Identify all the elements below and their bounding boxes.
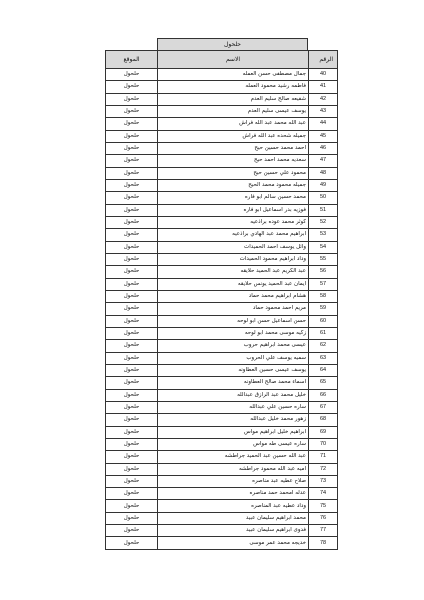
table-row: 41فاطمه رشيد محمود العملهحلحول: [106, 81, 338, 93]
row-number: 67: [309, 401, 338, 413]
row-number: 51: [309, 204, 338, 216]
row-number: 76: [309, 512, 338, 524]
row-location: حلحول: [106, 81, 158, 93]
column-header-number: الرقم: [309, 51, 338, 69]
row-number: 46: [309, 142, 338, 154]
row-number: 42: [309, 93, 338, 105]
table-row: 47سعديه محمد احمد حيححلحول: [106, 155, 338, 167]
row-number: 61: [309, 327, 338, 339]
row-location: حلحول: [106, 241, 158, 253]
row-number: 41: [309, 81, 338, 93]
row-location: حلحول: [106, 463, 158, 475]
row-location: حلحول: [106, 204, 158, 216]
row-name: ساره حسين علي عبدالله: [158, 401, 309, 413]
row-location: حلحول: [106, 389, 158, 401]
row-name: ابراهيم خليل ابراهيم مواس: [158, 426, 309, 438]
row-number: 40: [309, 69, 338, 81]
table-row: 55وداد ابراهيم محمود الحميداتحلحول: [106, 253, 338, 265]
row-name: فدوى ابراهيم سليمان عبيد: [158, 525, 309, 537]
row-location: حلحول: [106, 352, 158, 364]
table-row: 52كوثر محمد عوده براذعيهحلحول: [106, 216, 338, 228]
table-row: 48محمود علي حسين حيححلحول: [106, 167, 338, 179]
row-location: حلحول: [106, 290, 158, 302]
row-name: حسن اسماعيل حسن ابو لوحه: [158, 315, 309, 327]
row-location: حلحول: [106, 537, 158, 549]
row-location: حلحول: [106, 278, 158, 290]
row-name: ساره عيسى طه مواس: [158, 438, 309, 450]
table-row: 70ساره عيسى طه مواسحلحول: [106, 438, 338, 450]
table-row: 57ايمان عبد الحميد يونس حلايقهحلحول: [106, 278, 338, 290]
row-name: عبد الكريم عبد الحميد حلايقه: [158, 266, 309, 278]
row-name: عيسى محمد ابراهيم حروب: [158, 340, 309, 352]
row-location: حلحول: [106, 253, 158, 265]
row-name: شفيعه صالح سليم العدم: [158, 93, 309, 105]
row-location: حلحول: [106, 105, 158, 117]
row-location: حلحول: [106, 340, 158, 352]
row-name: جميله شحده عبد الله فراش: [158, 130, 309, 142]
row-number: 54: [309, 241, 338, 253]
row-number: 69: [309, 426, 338, 438]
row-location: حلحول: [106, 155, 158, 167]
row-number: 50: [309, 192, 338, 204]
row-number: 75: [309, 500, 338, 512]
row-location: حلحول: [106, 179, 158, 191]
table-row: 67ساره حسين علي عبداللهحلحول: [106, 401, 338, 413]
row-name: وداد ابراهيم محمود الحميدات: [158, 253, 309, 265]
row-location: حلحول: [106, 69, 158, 81]
row-location: حلحول: [106, 438, 158, 450]
table-row: 64يوسف عيسى حسين العطاونهحلحول: [106, 364, 338, 376]
row-location: حلحول: [106, 266, 158, 278]
row-location: حلحول: [106, 512, 158, 524]
row-name: جمال مصطفى حسن العمله: [158, 69, 309, 81]
row-number: 64: [309, 364, 338, 376]
row-location: حلحول: [106, 216, 158, 228]
table-row: 51فوزيه بدر اسماعيل ابو فارهحلحول: [106, 204, 338, 216]
table-row: 50محمد حسين سالم ابو فارهحلحول: [106, 192, 338, 204]
row-location: حلحول: [106, 93, 158, 105]
row-location: حلحول: [106, 142, 158, 154]
row-number: 68: [309, 414, 338, 426]
row-name: اميه عبد الله محمود جراطشه: [158, 463, 309, 475]
table-row: 74عدله امحمد حمد مناصرهحلحول: [106, 488, 338, 500]
group-header: حلحول: [157, 38, 308, 50]
row-name: صلاح عطيه عبد مناصره: [158, 475, 309, 487]
table-row: 66خليل محمد عبد الرازق عبداللهحلحول: [106, 389, 338, 401]
row-location: حلحول: [106, 451, 158, 463]
table-row: 43يوسف عيسى سليم العدمحلحول: [106, 105, 338, 117]
document-page: حلحول الرقم الاسم الموقع 40جمال مصطفى حس…: [0, 0, 424, 600]
row-name: جميله محمود محمد الحيح: [158, 179, 309, 191]
row-name: يوسف عيسى حسين العطاونه: [158, 364, 309, 376]
table-row: 54وائل يوسف احمد الحميداتحلحول: [106, 241, 338, 253]
row-number: 72: [309, 463, 338, 475]
row-number: 43: [309, 105, 338, 117]
row-number: 59: [309, 303, 338, 315]
table-body: 40جمال مصطفى حسن العملهحلحول41فاطمه رشيد…: [106, 69, 338, 550]
table-row: 42شفيعه صالح سليم العدمحلحول: [106, 93, 338, 105]
row-number: 73: [309, 475, 338, 487]
row-location: حلحول: [106, 315, 158, 327]
row-location: حلحول: [106, 130, 158, 142]
table-row: 77فدوى ابراهيم سليمان عبيدحلحول: [106, 525, 338, 537]
row-number: 77: [309, 525, 338, 537]
row-name: فاطمه رشيد محمود العمله: [158, 81, 309, 93]
row-number: 56: [309, 266, 338, 278]
table-row: 59مريم احمد محمود حمادحلحول: [106, 303, 338, 315]
table-row: 62عيسى محمد ابراهيم حروبحلحول: [106, 340, 338, 352]
row-name: ايمان عبد الحميد يونس حلايقه: [158, 278, 309, 290]
row-name: عبد الله حسين عبد الحميد جراطشه: [158, 451, 309, 463]
table-row: 78خديجه محمد عمر موسىحلحول: [106, 537, 338, 549]
row-location: حلحول: [106, 414, 158, 426]
row-number: 63: [309, 352, 338, 364]
row-location: حلحول: [106, 426, 158, 438]
table-row: 69ابراهيم خليل ابراهيم مواسحلحول: [106, 426, 338, 438]
row-name: هشام ابراهيم محمد حماد: [158, 290, 309, 302]
row-name: محمد ابراهيم سليمان عبيد: [158, 512, 309, 524]
row-location: حلحول: [106, 500, 158, 512]
row-location: حلحول: [106, 364, 158, 376]
row-name: اسماء محمد صالح العطاونه: [158, 377, 309, 389]
row-number: 55: [309, 253, 338, 265]
column-header-name: الاسم: [158, 51, 309, 69]
row-location: حلحول: [106, 118, 158, 130]
row-name: عبد الله محمد عبد الله فراش: [158, 118, 309, 130]
row-number: 66: [309, 389, 338, 401]
row-location: حلحول: [106, 303, 158, 315]
table-row: 73صلاح عطيه عبد مناصرهحلحول: [106, 475, 338, 487]
row-number: 44: [309, 118, 338, 130]
row-location: حلحول: [106, 475, 158, 487]
row-number: 53: [309, 229, 338, 241]
row-location: حلحول: [106, 401, 158, 413]
table-row: 56عبد الكريم عبد الحميد حلايقهحلحول: [106, 266, 338, 278]
row-name: زهور محمد خليل عبدالله: [158, 414, 309, 426]
table-row: 63سميه يوسف علي الحروبحلحول: [106, 352, 338, 364]
row-name: زكيه موسى محمد ابو لوحه: [158, 327, 309, 339]
table-row: 45جميله شحده عبد الله فراشحلحول: [106, 130, 338, 142]
row-number: 78: [309, 537, 338, 549]
row-name: ابراهيم محمد عبد الهادي براذعيه: [158, 229, 309, 241]
row-name: يوسف عيسى سليم العدم: [158, 105, 309, 117]
row-number: 74: [309, 488, 338, 500]
table-row: 40جمال مصطفى حسن العملهحلحول: [106, 69, 338, 81]
row-name: سعديه محمد احمد حيح: [158, 155, 309, 167]
row-name: مريم احمد محمود حماد: [158, 303, 309, 315]
row-location: حلحول: [106, 229, 158, 241]
row-name: وائل يوسف احمد الحميدات: [158, 241, 309, 253]
table-row: 44عبد الله محمد عبد الله فراشحلحول: [106, 118, 338, 130]
table-row: 72اميه عبد الله محمود جراطشهحلحول: [106, 463, 338, 475]
row-name: محمد حسين سالم ابو فاره: [158, 192, 309, 204]
row-name: احمد محمد حسين حيح: [158, 142, 309, 154]
row-number: 62: [309, 340, 338, 352]
row-location: حلحول: [106, 167, 158, 179]
table-row: 76محمد ابراهيم سليمان عبيدحلحول: [106, 512, 338, 524]
table-row: 61زكيه موسى محمد ابو لوحهحلحول: [106, 327, 338, 339]
table-row: 68زهور محمد خليل عبداللهحلحول: [106, 414, 338, 426]
row-location: حلحول: [106, 525, 158, 537]
roster-table: الرقم الاسم الموقع 40جمال مصطفى حسن العم…: [105, 50, 338, 550]
row-number: 57: [309, 278, 338, 290]
row-number: 49: [309, 179, 338, 191]
row-name: كوثر محمد عوده براذعيه: [158, 216, 309, 228]
column-header-location: الموقع: [106, 51, 158, 69]
table-row: 71عبد الله حسين عبد الحميد جراطشهحلحول: [106, 451, 338, 463]
table-row: 65اسماء محمد صالح العطاونهحلحول: [106, 377, 338, 389]
table-row: 49جميله محمود محمد الحيححلحول: [106, 179, 338, 191]
row-number: 52: [309, 216, 338, 228]
row-number: 48: [309, 167, 338, 179]
row-number: 47: [309, 155, 338, 167]
table-row: 60حسن اسماعيل حسن ابو لوحهحلحول: [106, 315, 338, 327]
row-name: خليل محمد عبد الرازق عبدالله: [158, 389, 309, 401]
row-name: سميه يوسف علي الحروب: [158, 352, 309, 364]
row-location: حلحول: [106, 192, 158, 204]
row-name: عدله امحمد حمد مناصره: [158, 488, 309, 500]
table-row: 46احمد محمد حسين حيححلحول: [106, 142, 338, 154]
row-location: حلحول: [106, 488, 158, 500]
row-name: محمود علي حسين حيح: [158, 167, 309, 179]
row-location: حلحول: [106, 377, 158, 389]
row-number: 60: [309, 315, 338, 327]
row-number: 70: [309, 438, 338, 450]
row-number: 58: [309, 290, 338, 302]
header-row: الرقم الاسم الموقع: [106, 51, 338, 69]
row-name: خديجه محمد عمر موسى: [158, 537, 309, 549]
row-number: 45: [309, 130, 338, 142]
row-name: وداد عطيه عبد المناصره: [158, 500, 309, 512]
table-row: 58هشام ابراهيم محمد حمادحلحول: [106, 290, 338, 302]
table-row: 75وداد عطيه عبد المناصرهحلحول: [106, 500, 338, 512]
table-row: 53ابراهيم محمد عبد الهادي براذعيهحلحول: [106, 229, 338, 241]
row-location: حلحول: [106, 327, 158, 339]
row-number: 65: [309, 377, 338, 389]
row-number: 71: [309, 451, 338, 463]
row-name: فوزيه بدر اسماعيل ابو فاره: [158, 204, 309, 216]
